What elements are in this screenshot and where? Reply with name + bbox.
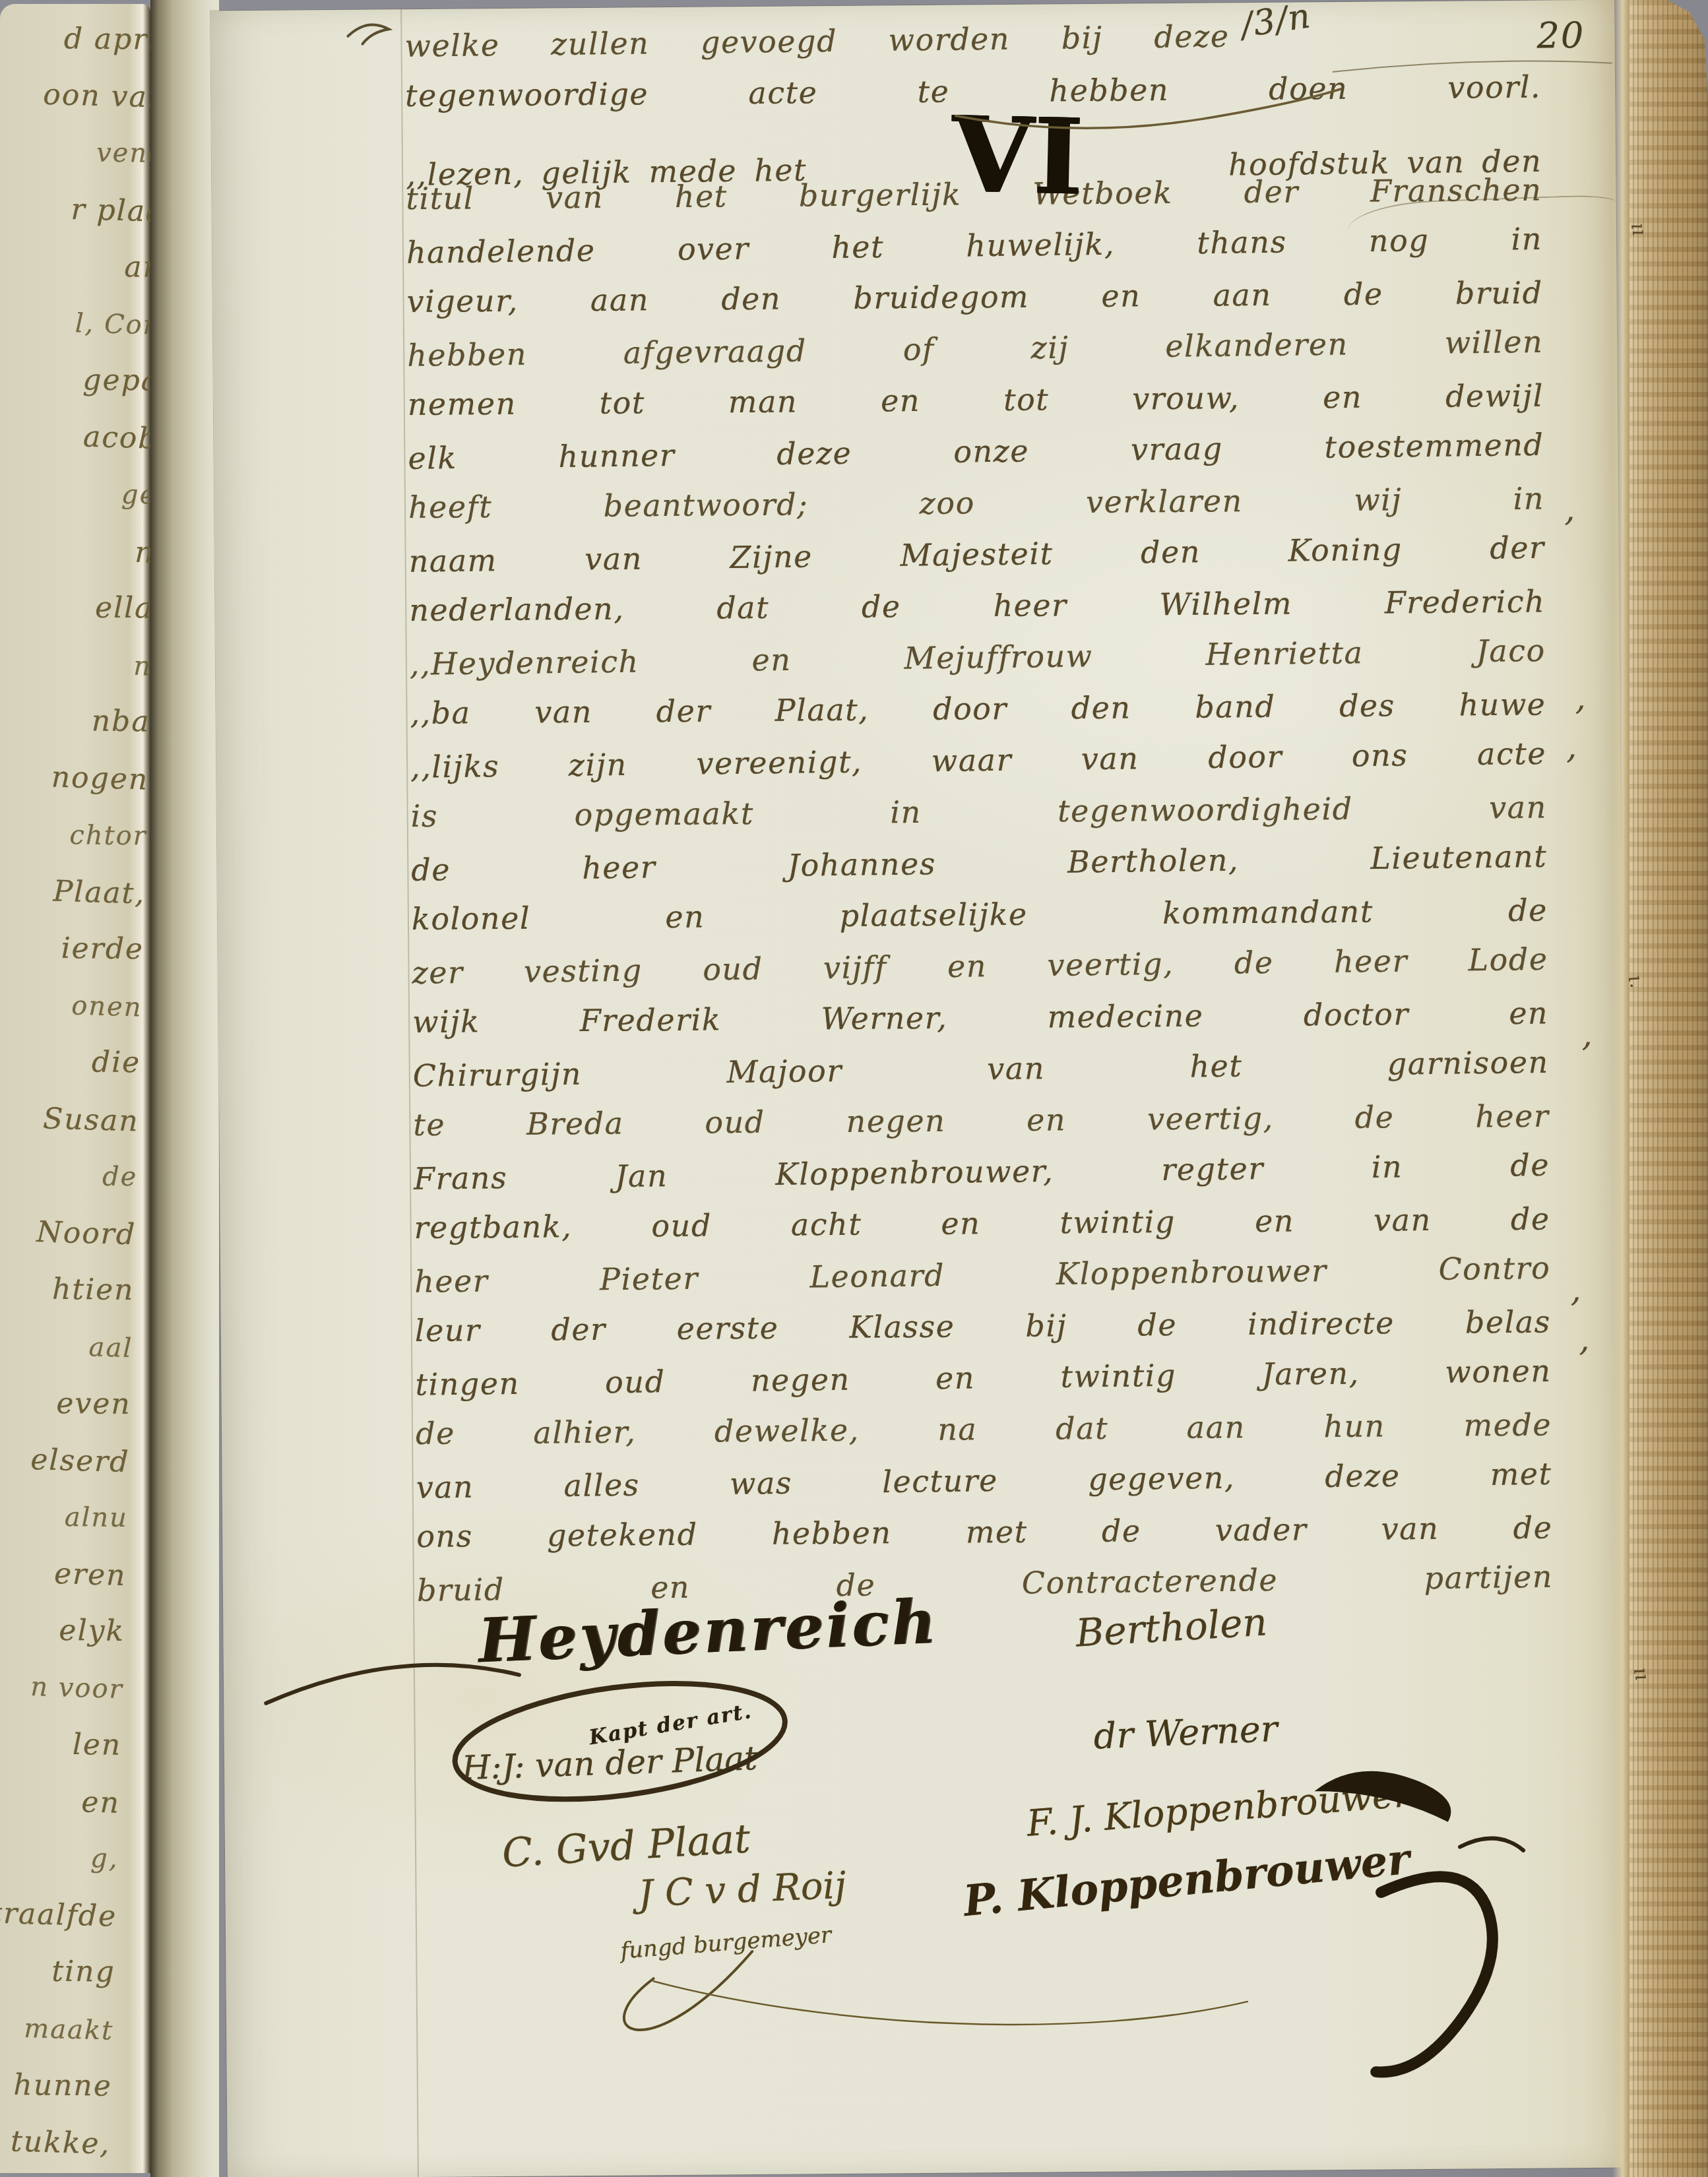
- signature-p-kloppenbrouwer: P. Kloppenbrouwer: [961, 1835, 1412, 1926]
- facing-text-fragment: oon van: [1, 65, 150, 127]
- facing-text-fragment: aal: [0, 1316, 140, 1377]
- facing-text-fragment: l, Con: [0, 293, 150, 354]
- facing-text-fragment: elserd: [0, 1430, 137, 1491]
- signature-werner: dr Werner: [1092, 1708, 1278, 1757]
- facing-text-fragment: htien: [0, 1261, 141, 1319]
- facing-text-fragment: Plaat,: [0, 861, 150, 922]
- edge-ink-mark: ıı: [1628, 1665, 1653, 1682]
- facing-text-fragment: hunne: [0, 2056, 119, 2115]
- facing-text-fragment: d april: [3, 10, 150, 69]
- facing-text-fragment: even: [0, 1374, 138, 1433]
- facing-text-fragment: ge: [0, 464, 150, 523]
- book-fore-edge: ıı ı. ıı: [1623, 0, 1708, 2177]
- facing-text-fragment: Susan: [0, 1088, 146, 1150]
- facing-text-fragment: elyk: [0, 1602, 132, 1660]
- ink-bleed-mark: ,: [1564, 489, 1575, 529]
- facing-text-fragment: alnu: [0, 1488, 135, 1546]
- signature-vd-roij-title: fungd burgemeyer: [619, 1922, 833, 1965]
- manuscript-text: welke zullen gevoegd worden bij deze teg…: [404, 10, 1553, 1614]
- facing-text-fragment: chtor: [0, 805, 150, 864]
- opening-paraph: [348, 24, 389, 44]
- facing-text-fragment: nogen: [0, 747, 150, 809]
- facing-text-fragment: an: [0, 237, 150, 296]
- facing-text-fragment: g,: [0, 1829, 125, 1887]
- page-number: 20: [1536, 15, 1585, 57]
- facing-text-fragment: tukke,: [0, 2112, 118, 2173]
- facing-text-fragment: en: [0, 1771, 127, 1832]
- facing-text-fragment: r plaa: [0, 179, 150, 240]
- line3-post: hoofdstuk van den: [1228, 135, 1542, 191]
- facing-text-fragment: ting: [0, 1942, 122, 2001]
- facing-text-fragment: len: [0, 1715, 129, 1774]
- roij-flourish-tail: [654, 1976, 1248, 2027]
- ink-bleed-mark: ,: [1581, 1015, 1593, 1054]
- facing-text-fragment: ierde: [0, 920, 150, 978]
- ink-bleed-mark: ,: [1566, 727, 1577, 767]
- facing-text-fragment: n voor: [0, 1656, 131, 1718]
- facing-page-edge: d april oon van vend r plaa an l, Con ge…: [0, 4, 150, 2173]
- line3-pre: ,,lezen, gelijk mede het: [406, 144, 807, 200]
- facing-text-fragment: n: [0, 520, 150, 581]
- facing-text-fragment: de: [0, 1147, 144, 1205]
- chapter-numeral: VI: [951, 129, 1084, 184]
- facing-text-fragment: onen: [0, 975, 150, 1036]
- edge-ink-mark: ı.: [1623, 972, 1649, 991]
- ink-bleed-mark: ,: [1570, 1270, 1581, 1309]
- kloppenbrouwer-comma-tail: [1374, 1876, 1494, 2072]
- ink-bleed-mark: ,: [1579, 1319, 1590, 1359]
- facing-text-fragment: vend: [0, 124, 150, 183]
- facing-text-fragment: gepa: [0, 351, 150, 410]
- signature-fj-kloppenbrouwer: F. J. Kloppenbrouwer: [1025, 1773, 1412, 1845]
- facing-text-fragment: die: [0, 1033, 148, 1092]
- roij-flourish-loop: [623, 1951, 753, 2030]
- facing-text-fragment: n: [0, 634, 150, 695]
- edge-ink-mark: ıı: [1626, 221, 1651, 237]
- facing-page-text: d april oon van vend r plaa an l, Con ge…: [0, 9, 150, 2173]
- facing-text-fragment: traalfde: [0, 1884, 124, 1945]
- signature-hj-van-der-plaat: H:J: van der Plaat: [461, 1739, 758, 1787]
- facing-text-fragment: ella: [0, 579, 150, 637]
- facing-text-fragment: eren: [0, 1543, 134, 1604]
- book-gutter: [150, 0, 219, 2177]
- ink-bleed-mark: ,: [1575, 678, 1586, 718]
- signature-cg-vd-plaat: C. Gvd Plaat: [501, 1815, 751, 1877]
- facing-text-fragment: Noord: [0, 1202, 143, 1263]
- manuscript-page: /3/n 20 welke zullen gevoegd worden bij …: [210, 0, 1631, 2177]
- facing-text-fragment: acob: [0, 406, 150, 468]
- manuscript-line: welke zullen gevoegd worden bij deze: [404, 11, 1230, 72]
- manuscript-scan: d april oon van vend r plaa an l, Con ge…: [0, 0, 1708, 2177]
- signature-vd-roij: J C v d Roij: [637, 1864, 847, 1915]
- kloppenbrouwer-arc: [1460, 1838, 1523, 1850]
- facing-text-fragment: maakt: [0, 1998, 121, 2059]
- facing-text-fragment: nba: [0, 692, 150, 751]
